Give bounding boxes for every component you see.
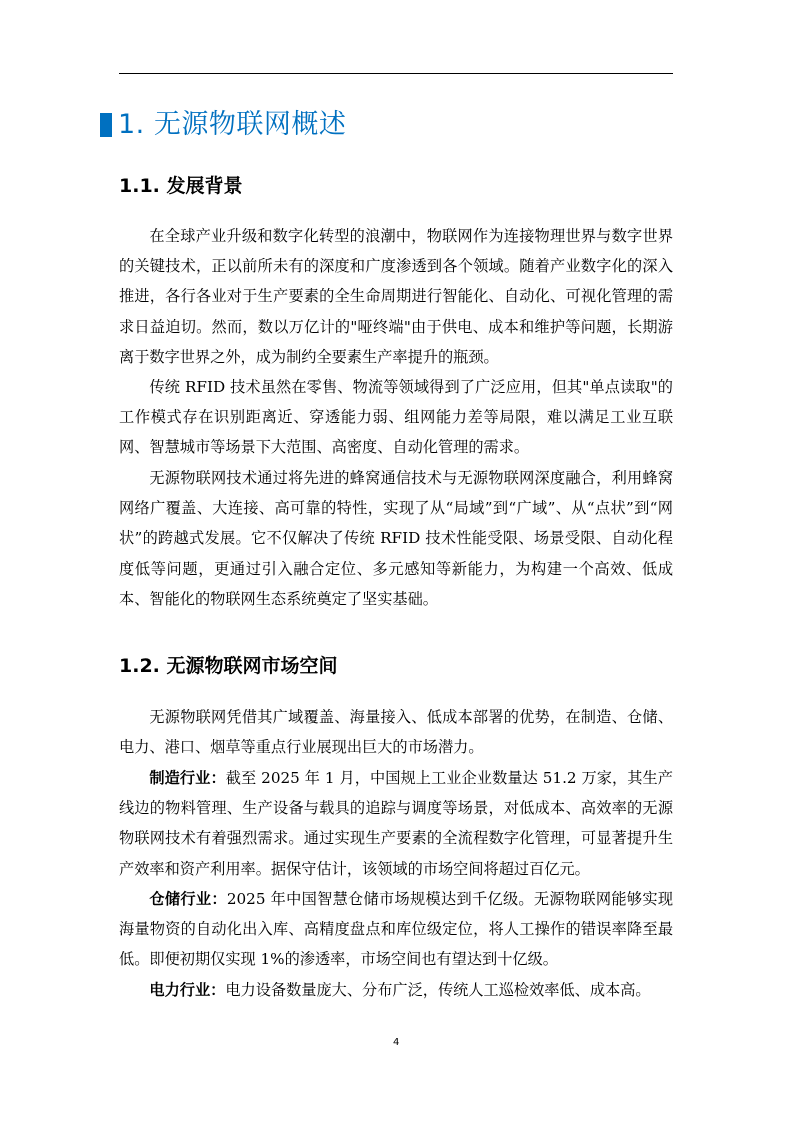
chapter-heading: 1. 无源物联网概述 xyxy=(100,104,346,146)
paragraph: 传统 RFID 技术虽然在零售、物流等领域得到了广泛应用，但其"单点读取"的工作… xyxy=(119,372,673,463)
industry-label: 仓储行业 xyxy=(149,890,211,908)
paragraph: 在全球产业升级和数字化转型的浪潮中，物联网作为连接物理世界与数字世界的关键技术，… xyxy=(119,221,673,372)
industry-paragraph-manufacturing: 制造行业：截至 2025 年 1 月，中国规上工业企业数量达 51.2 万家，其… xyxy=(119,763,673,884)
paragraph: 无源物联网技术通过将先进的蜂窝通信技术与无源物联网深度融合，利用蜂窝网络广覆盖、… xyxy=(119,463,673,614)
page-number: 4 xyxy=(393,1037,399,1048)
section-title-1-1: 1.1. 发展背景 xyxy=(119,172,243,200)
chapter-title: 1. 无源物联网概述 xyxy=(118,104,346,146)
label-separator: ： xyxy=(210,981,225,999)
industry-text: 电力设备数量庞大、分布广泛，传统人工巡检效率低、成本高。 xyxy=(225,981,650,999)
industry-paragraph-warehousing: 仓储行业：2025 年中国智慧仓储市场规模达到千亿级。无源物联网能够实现海量物资… xyxy=(119,884,673,975)
industry-label: 电力行业 xyxy=(149,981,210,999)
industry-paragraph-power: 电力行业：电力设备数量庞大、分布广泛，传统人工巡检效率低、成本高。 xyxy=(119,975,673,1005)
paragraph: 无源物联网凭借其广域覆盖、海量接入、低成本部署的优势，在制造、仓储、电力、港口、… xyxy=(119,702,673,762)
industry-label: 制造行业 xyxy=(149,769,210,787)
label-separator: ： xyxy=(211,890,227,908)
section-title-1-2: 1.2. 无源物联网市场空间 xyxy=(119,652,338,680)
heading-accent-bar xyxy=(100,113,112,137)
label-separator: ： xyxy=(210,769,225,787)
header-rule xyxy=(119,73,673,74)
